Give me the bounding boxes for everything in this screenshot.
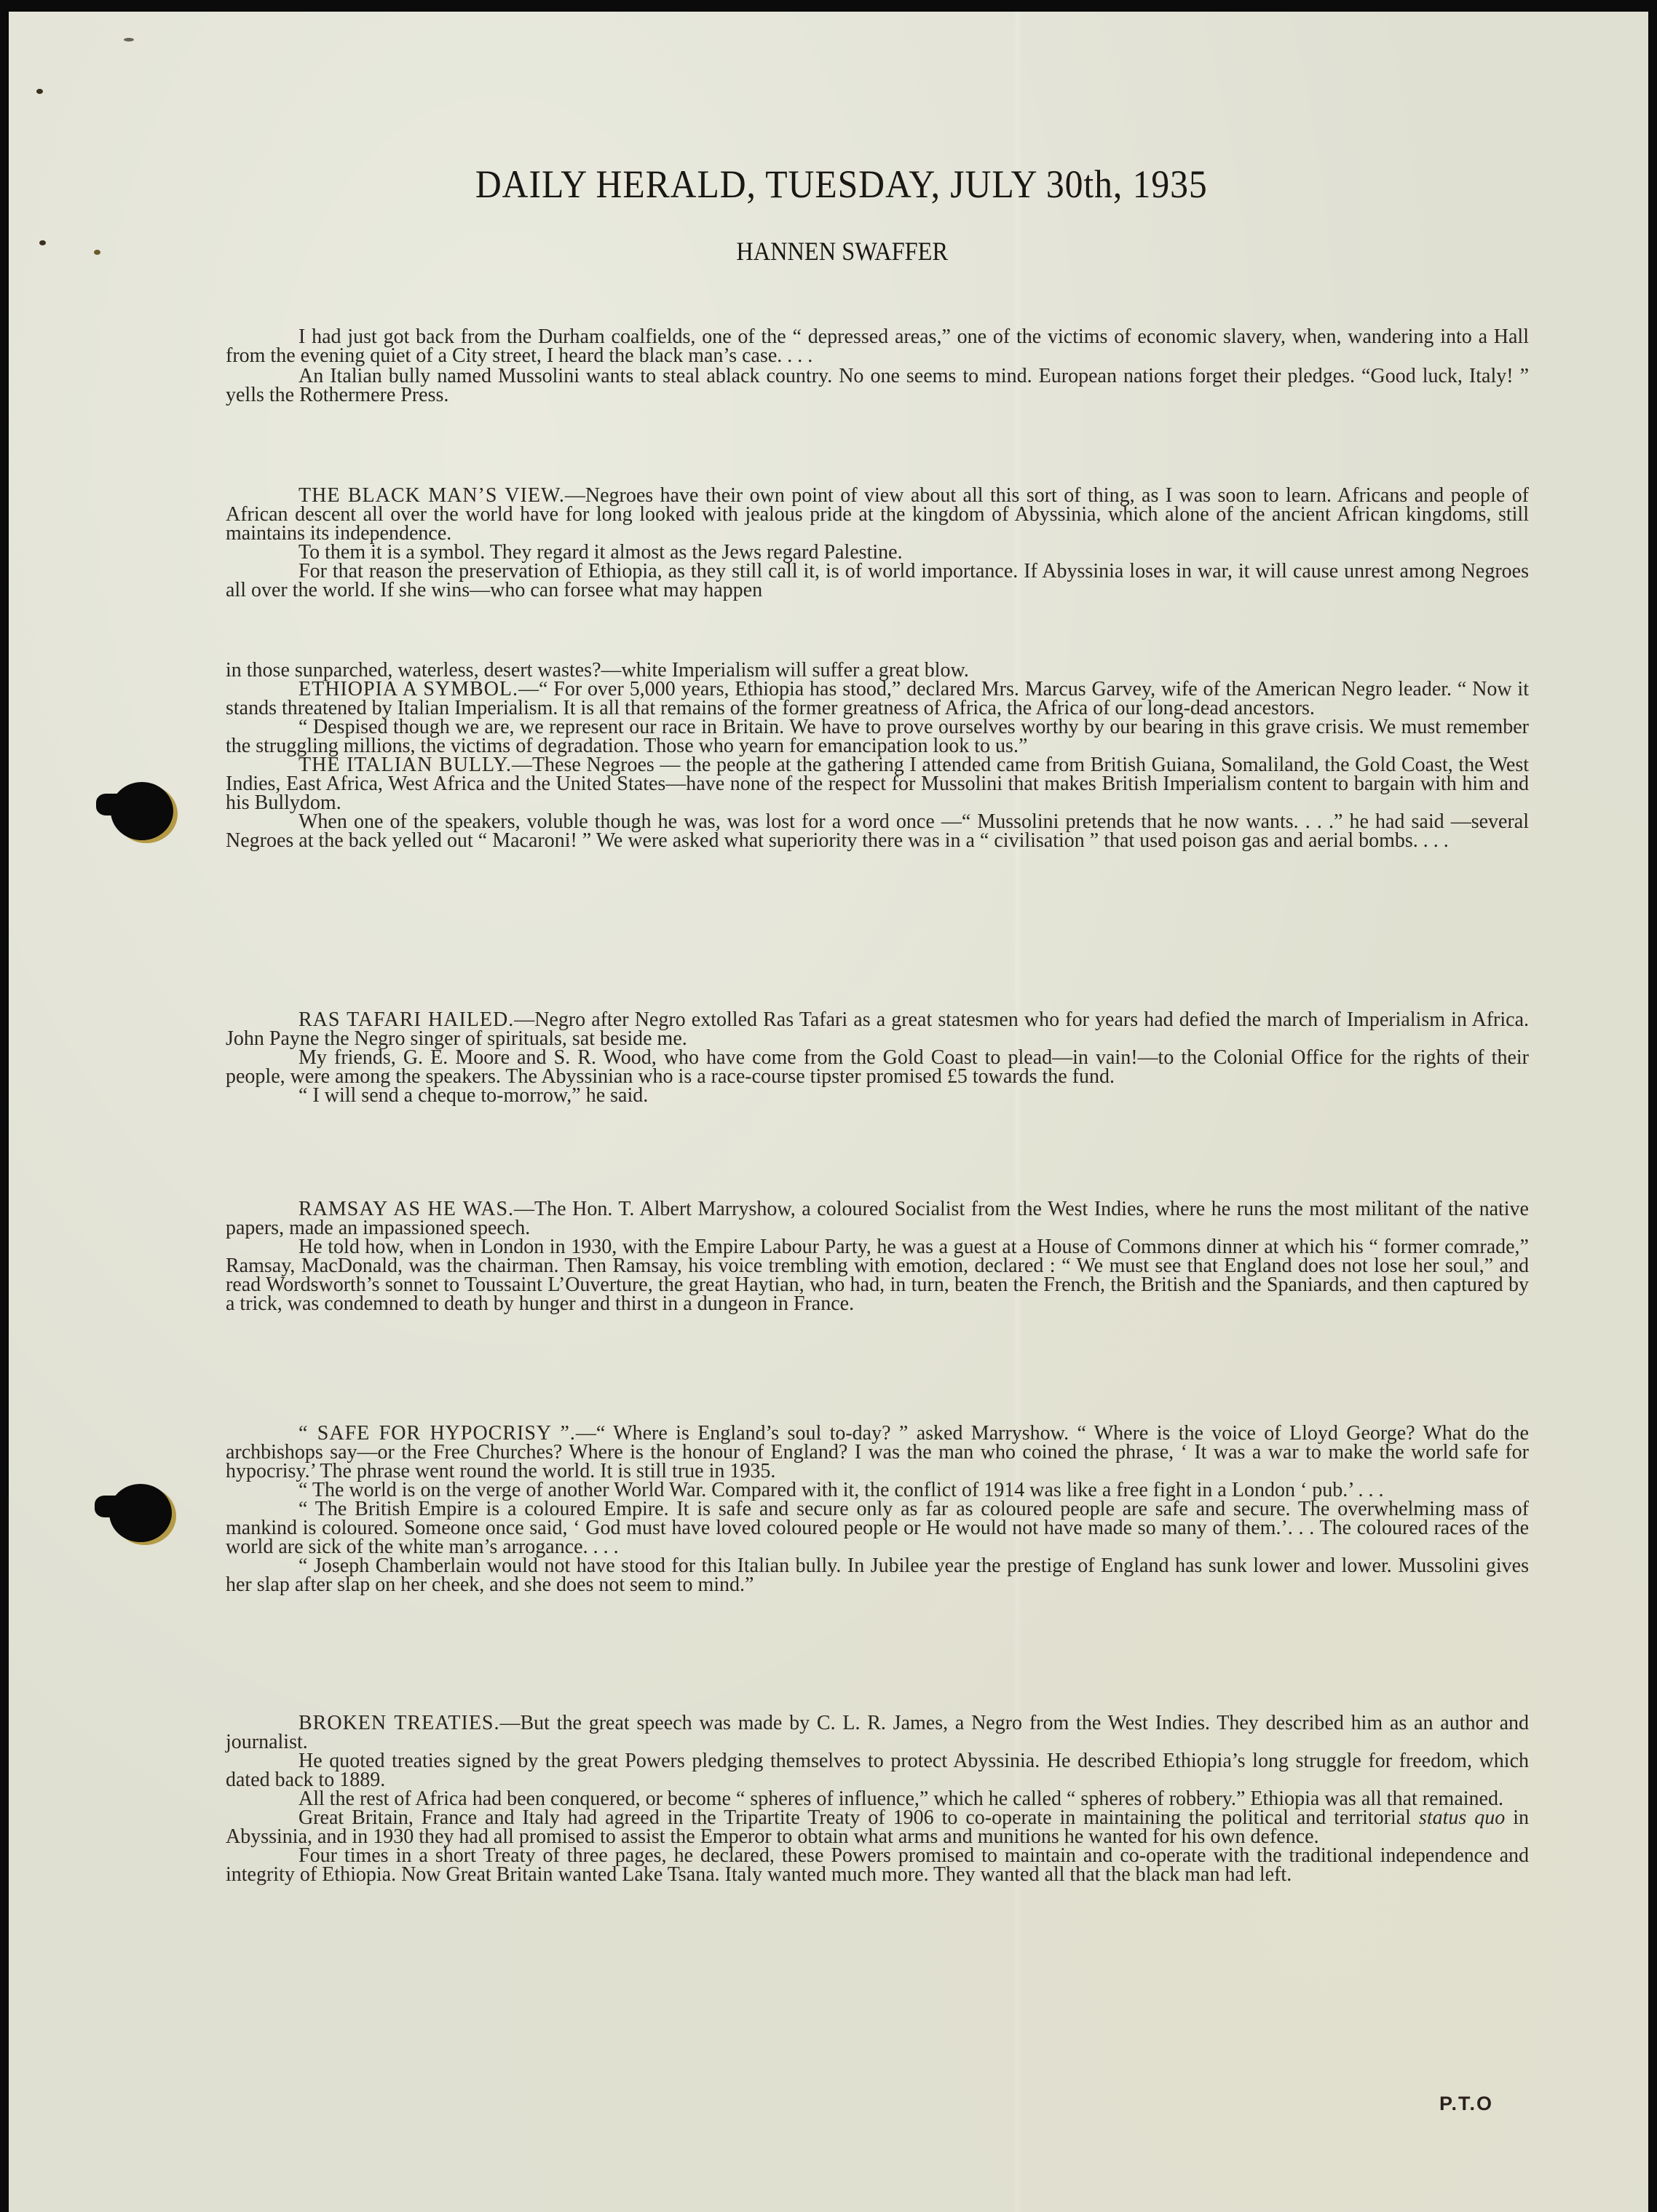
section-paragraph: RAMSAY AS HE WAS.—The Hon. T. Albert Mar… bbox=[226, 1200, 1529, 1238]
dust-speck bbox=[36, 89, 43, 94]
dust-speck bbox=[39, 240, 46, 245]
scan-border-top-right bbox=[1606, 0, 1657, 12]
section-paragraph: “ SAFE FOR HYPOCRISY ”.—“ Where is Engla… bbox=[226, 1424, 1529, 1481]
section-paragraph: “ The British Empire is a coloured Empir… bbox=[226, 1500, 1529, 1557]
section-safe-for-hypocrisy: “ SAFE FOR HYPOCRISY ”.—“ Where is Engla… bbox=[226, 1424, 1529, 1595]
section-ethiopia-a-symbol: ETHIOPIA A SYMBOL.—“ For over 5,000 year… bbox=[226, 680, 1529, 718]
scanned-page: DAILY HERALD, TUESDAY, JULY 30th, 1935 H… bbox=[9, 12, 1650, 2212]
section-continuation-block: in those sunparched, waterless, desert w… bbox=[226, 661, 1529, 850]
section-paragraph: My friends, G. E. Moore and S. R. Wood, … bbox=[226, 1048, 1529, 1086]
author-byline: HANNEN SWAFFER bbox=[97, 236, 1588, 266]
section-ramsay-as-he-was: RAMSAY AS HE WAS.—The Hon. T. Albert Mar… bbox=[226, 1200, 1529, 1314]
please-turn-over-label: P.T.O bbox=[1439, 2093, 1493, 2115]
section-paragraph: “ I will send a cheque to-morrow,” he sa… bbox=[226, 1086, 1529, 1105]
section-paragraph: RAS TAFARI HAILED.—Negro after Negro ext… bbox=[226, 1011, 1529, 1048]
section-paragraph: For that reason the preservation of Ethi… bbox=[226, 562, 1529, 600]
section-broken-treaties: BROKEN TREATIES.—But the great speech wa… bbox=[226, 1714, 1529, 1884]
section-paragraph: He quoted treaties signed by the great P… bbox=[226, 1752, 1529, 1790]
status-quo-italic: status quo bbox=[1419, 1806, 1505, 1829]
section-paragraph: THE BLACK MAN’S VIEW.—Negroes have their… bbox=[226, 486, 1529, 543]
intro-paragraph-1: I had just got back from the Durham coal… bbox=[226, 328, 1529, 366]
dust-speck bbox=[94, 250, 100, 255]
section-paragraph: BROKEN TREATIES.—But the great speech wa… bbox=[226, 1714, 1529, 1752]
section-ras-tafari-hailed: RAS TAFARI HAILED.—Negro after Negro ext… bbox=[226, 1011, 1529, 1105]
section-black-mans-view: THE BLACK MAN’S VIEW.—Negroes have their… bbox=[226, 486, 1529, 600]
dust-speck bbox=[124, 38, 134, 42]
punch-hole-icon bbox=[109, 1484, 172, 1542]
section-paragraph: Four times in a short Treaty of three pa… bbox=[226, 1846, 1529, 1884]
section-paragraph: When one of the speakers, voluble though… bbox=[226, 813, 1529, 850]
intro-block: I had just got back from the Durham coal… bbox=[226, 328, 1529, 405]
newspaper-title: DAILY HERALD, TUESDAY, JULY 30th, 1935 bbox=[79, 162, 1604, 207]
section-paragraph: “ Joseph Chamberlain would not have stoo… bbox=[226, 1557, 1529, 1595]
intro-paragraph-2: An Italian bully named Mussolini wants t… bbox=[226, 367, 1529, 405]
punch-hole-icon bbox=[111, 782, 173, 840]
section-paragraph-treaty: Great Britain, France and Italy had agre… bbox=[226, 1809, 1529, 1846]
section-italian-bully: THE ITALIAN BULLY.—These Negroes — the p… bbox=[226, 756, 1529, 813]
section-paragraph: He told how, when in London in 1930, wit… bbox=[226, 1238, 1529, 1314]
section-heading: BROKEN TREATIES. bbox=[298, 1712, 500, 1734]
section-paragraph: “ Despised though we are, we represent o… bbox=[226, 718, 1529, 756]
scan-border-right bbox=[1648, 0, 1657, 2212]
